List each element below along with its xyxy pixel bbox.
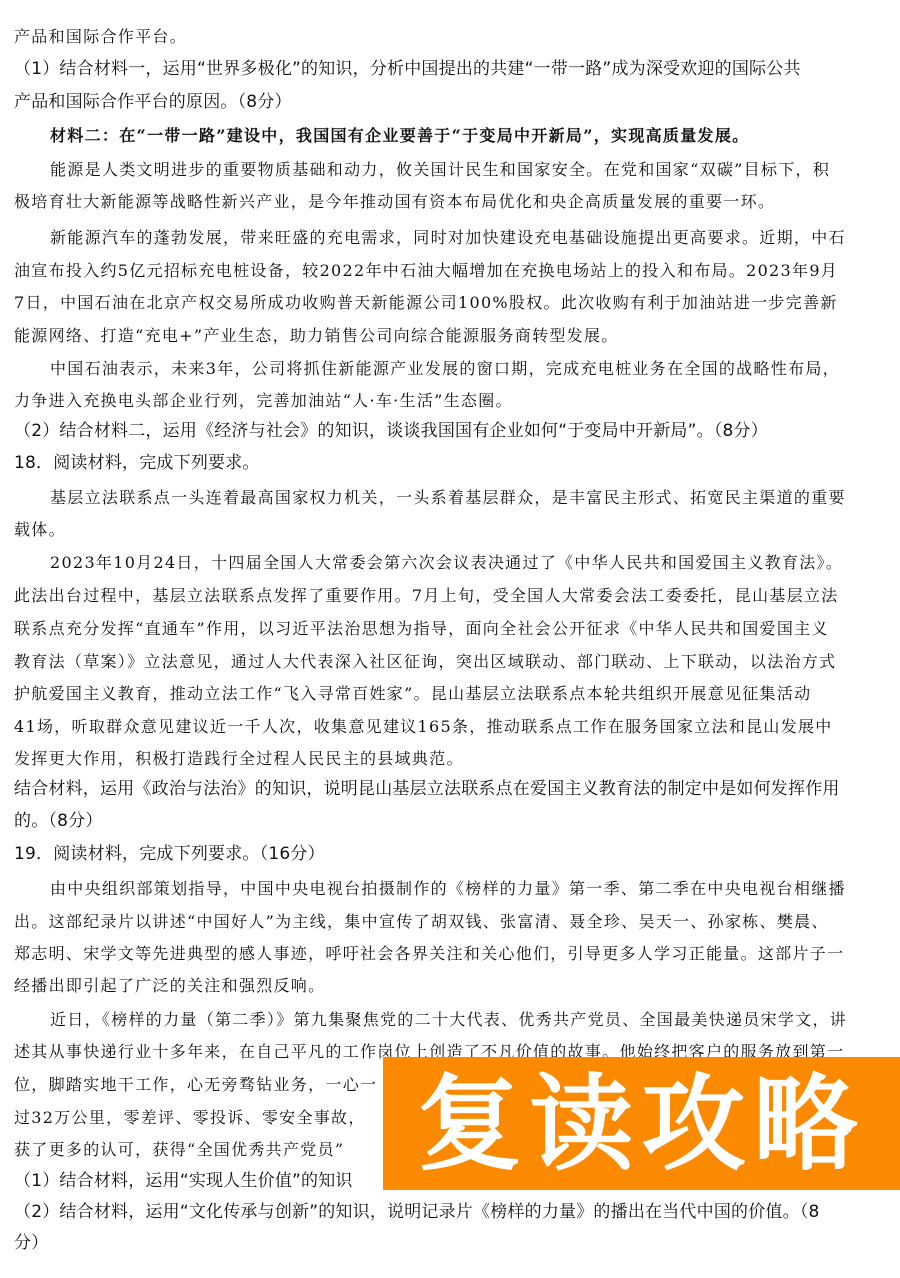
watermark-banner: 复读攻略	[383, 1057, 900, 1190]
question-19-2-cont: 分）	[14, 1232, 886, 1254]
question-17-1: （1）结合材料一，运用“世界多极化”的知识，分析中国提出的共建“一带一路”成为深…	[14, 58, 886, 80]
text-line: 教育法（草案）》立法意见，通过人大代表深入社区征询，突出区域联动、部门联动、上下…	[14, 651, 886, 673]
text-line: 近日，《榜样的力量（第二季）》第九集聚焦党的二十大代表、优秀共产党员、全国最美快…	[50, 1009, 886, 1031]
text-line: 基层立法联系点一头连着最高国家权力机关，一头系着基层群众，是丰富民主形式、拓宽民…	[50, 487, 886, 509]
text-line: 能源是人类文明进步的重要物质基础和动力，攸关国计民生和国家安全。在党和国家“双碳…	[50, 159, 886, 181]
text-line: 中国石油表示，未来3年，公司将抓住新能源产业发展的窗口期，完成充电桩业务在全国的…	[50, 358, 886, 380]
text-line: 载体。	[14, 519, 886, 541]
text-line: 护航爱国主义教育，推动立法工作“飞入寻常百姓家”。昆山基层立法联系点本轮共组织开…	[14, 683, 886, 705]
text-line: 产品和国际合作平台。	[14, 26, 886, 48]
question-17-1-cont: 产品和国际合作平台的原因。（8分）	[14, 91, 886, 113]
material-2-heading: 材料二：在“一带一路”建设中，我国国有企业要善于“于变局中开新局”，实现高质量发…	[50, 125, 886, 147]
text-line: 极培育壮大新能源等战略性新兴产业，是今年推动国有资本布局优化和央企高质量发展的重…	[14, 191, 886, 213]
text-line: 41场，听取群众意见建议近一千人次，收集意见建议165条，推动联系点工作在服务国…	[14, 716, 886, 738]
question-19-2: （2）结合材料，运用“文化传承与创新”的知识，说明记录片《榜样的力量》的播出在当…	[14, 1201, 886, 1223]
text-line: 发挥更大作用，积极打造践行全过程人民民主的县域典范。	[14, 748, 886, 770]
text-line: 经播出即引起了广泛的关注和强烈反响。	[14, 975, 886, 997]
text-line: 联系点充分发挥“直通车”作用，以习近平法治思想为指导，面向全社会公开征求《中华人…	[14, 618, 886, 640]
question-18-prompt: 结合材料，运用《政治与法治》的知识，说明昆山基层立法联系点在爱国主义教育法的制定…	[14, 778, 886, 800]
text-line: 此法出台过程中，基层立法联系点发挥了重要作用。7月上旬，受全国人大常委会法工委委…	[14, 585, 886, 607]
text-line: 7日，中国石油在北京产权交易所成功收购普天新能源公司100%股权。此次收购有利于…	[14, 292, 886, 314]
text-line: 由中央组织部策划指导，中国中央电视台拍摄制作的《榜样的力量》第一季、第二季在中央…	[50, 878, 886, 900]
text-line: 油宣布投入约5亿元招标充电桩设备，较2022年中石油大幅增加在充换电场站上的投入…	[14, 260, 886, 282]
text-line: 能源网络、打造“充电+”产业生态，助力销售公司向综合能源服务商转型发展。	[14, 325, 886, 347]
text-line: 力争进入充换电头部企业行列，完善加油站“人·车·生活”生态圈。	[14, 390, 886, 412]
text-line: 郑志明、宋学文等先进典型的感人事迹，呼吁社会各界关注和关心他们，引导更多人学习正…	[14, 943, 886, 965]
question-18-prompt-cont: 的。（8分）	[14, 810, 886, 832]
question-19-heading: 19．阅读材料，完成下列要求。（16分）	[14, 843, 886, 865]
watermark-text: 复读攻略	[417, 1072, 865, 1176]
text-line: 新能源汽车的蓬勃发展，带来旺盛的充电需求，同时对加快建设充电基础设施提出更高要求…	[50, 227, 886, 249]
question-18-heading: 18．阅读材料，完成下列要求。	[14, 452, 886, 474]
question-17-2: （2）结合材料二，运用《经济与社会》的知识，谈谈我国国有企业如何“于变局中开新局…	[14, 420, 886, 442]
text-line: 2023年10月24日，十四届全国人大常委会第六次会议表决通过了《中华人民共和国…	[50, 552, 886, 574]
text-line: 出。这部纪录片以讲述“中国好人”为主线，集中宣传了胡双钱、张富清、聂全珍、吴天一…	[14, 911, 886, 933]
